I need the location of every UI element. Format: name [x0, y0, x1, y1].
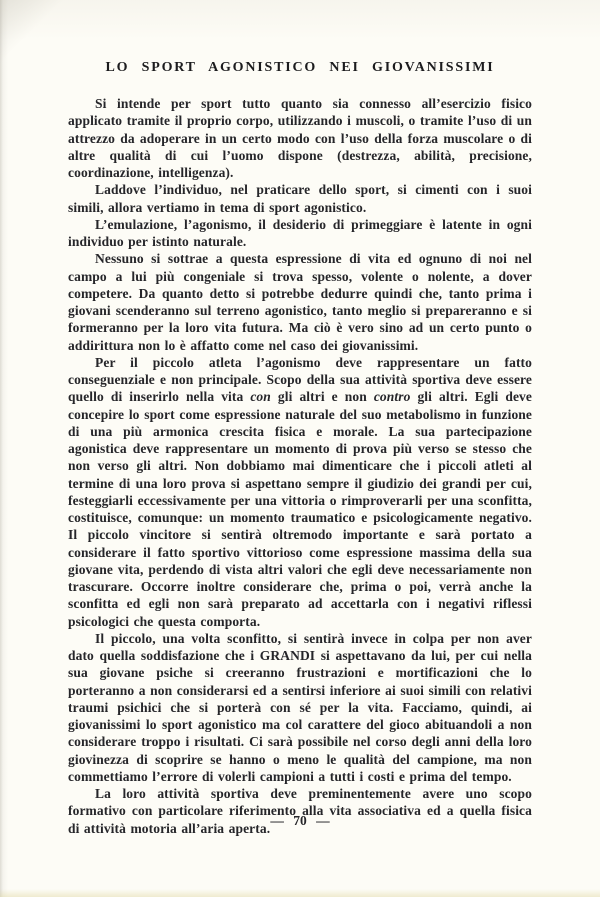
paragraph: Laddove l’individuo, nel praticare dello… [68, 181, 532, 216]
scan-left-edge-shadow [0, 0, 8, 897]
paragraph-text: Si intende per sport tutto quanto sia co… [68, 96, 532, 180]
paragraph-text: Laddove l’individuo, nel praticare dello… [68, 182, 532, 214]
italic-term: con [250, 389, 271, 404]
scan-corner-shadow [0, 0, 70, 90]
scan-bottom-edge-tint [0, 889, 600, 897]
paragraph: Per il piccolo atleta l’agonismo deve ra… [68, 354, 532, 630]
scan-top-edge-shadow [0, 0, 600, 40]
paragraph: L’emulazione, l’agonismo, il desiderio d… [68, 216, 532, 251]
page-title: LO SPORT AGONISTICO NEI GIOVANISSIMI [68, 60, 532, 76]
paragraph-text: L’emulazione, l’agonismo, il desiderio d… [68, 217, 532, 249]
paragraph: Nessuno si sottrae a questa espressione … [68, 250, 532, 354]
italic-term: contro [374, 389, 411, 404]
paragraph-text: gli altri e non [271, 389, 374, 404]
page-number: — 70 — [0, 813, 600, 829]
paragraph: Si intende per sport tutto quanto sia co… [68, 95, 532, 181]
scanned-book-page: LO SPORT AGONISTICO NEI GIOVANISSIMI Si … [0, 0, 600, 897]
paragraph-text: Nessuno si sottrae a questa espressione … [68, 251, 532, 352]
page-content: LO SPORT AGONISTICO NEI GIOVANISSIMI Si … [68, 60, 532, 837]
paragraph: Il piccolo, una volta sconfitto, si sent… [68, 630, 532, 785]
paragraph-text: Il piccolo, una volta sconfitto, si sent… [68, 631, 532, 784]
paragraph-text: gli altri. Egli deve concepire lo sport … [68, 389, 532, 628]
